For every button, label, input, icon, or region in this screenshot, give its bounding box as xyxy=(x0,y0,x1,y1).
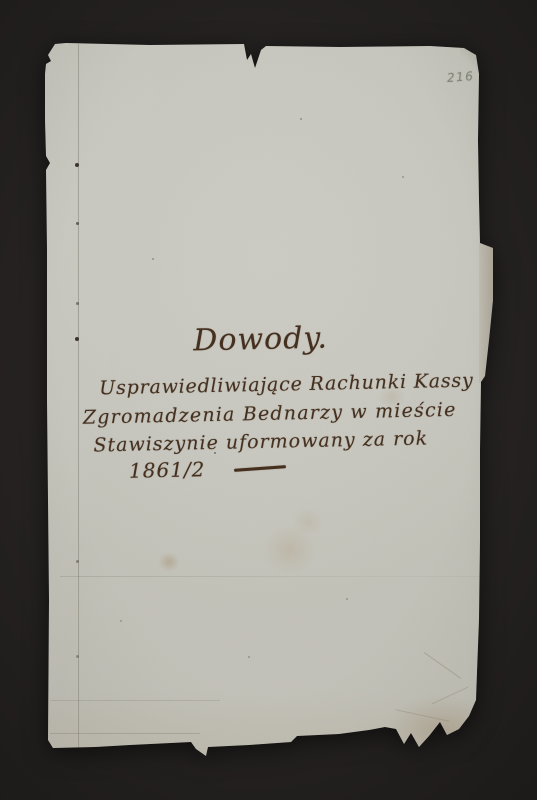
paper-sheet: 216 Dowody. Usprawiedliwiające Rachunki … xyxy=(0,0,537,800)
paper-surface: 216 Dowody. Usprawiedliwiające Rachunki … xyxy=(0,0,537,800)
scan-background: 216 Dowody. Usprawiedliwiające Rachunki … xyxy=(0,0,537,800)
paper-specks xyxy=(0,0,2,2)
paper-vignette xyxy=(0,0,537,800)
